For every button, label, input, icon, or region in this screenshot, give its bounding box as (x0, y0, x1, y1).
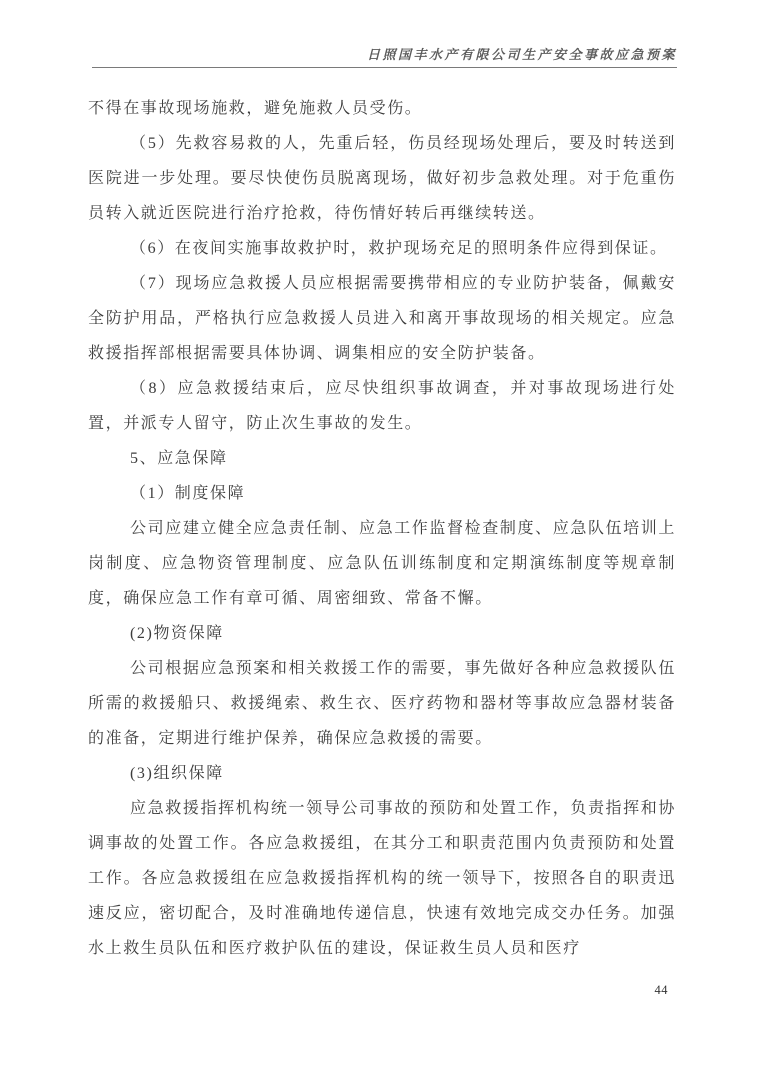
paragraph-material-guarantee: 公司根据应急预案和相关救援工作的需要，事先做好各种应急救援队伍所需的救援船只、救… (88, 651, 676, 756)
sub-heading-3: (3)组织保障 (88, 756, 676, 791)
section-heading-5: 5、应急保障 (88, 441, 676, 476)
paragraph-item-5: （5）先救容易救的人，先重后轻，伤员经现场处理后，要及时转送到医院进一步处理。要… (88, 126, 676, 231)
document-page: 日照国丰水产有限公司生产安全事故应急预案 不得在事故现场施救，避免施救人员受伤。… (0, 0, 762, 1080)
document-body: 不得在事故现场施救，避免施救人员受伤。 （5）先救容易救的人，先重后轻，伤员经现… (88, 91, 676, 966)
paragraph-continuation: 不得在事故现场施救，避免施救人员受伤。 (88, 91, 676, 126)
page-footer: 44 (655, 983, 669, 998)
page-number: 44 (655, 983, 669, 997)
sub-heading-2: (2)物资保障 (88, 616, 676, 651)
paragraph-organizational-guarantee: 应急救援指挥机构统一领导公司事故的预防和处置工作，负责指挥和协调事故的处置工作。… (88, 791, 676, 966)
paragraph-item-8: （8）应急救援结束后，应尽快组织事故调查，并对事故现场进行处置，并派专人留守，防… (88, 371, 676, 441)
paragraph-institutional-guarantee: 公司应建立健全应急责任制、应急工作监督检查制度、应急队伍培训上岗制度、应急物资管… (88, 511, 676, 616)
page-header: 日照国丰水产有限公司生产安全事故应急预案 (92, 44, 677, 68)
sub-heading-1: （1）制度保障 (88, 476, 676, 511)
header-title: 日照国丰水产有限公司生产安全事故应急预案 (367, 47, 677, 62)
paragraph-item-7: （7）现场应急救援人员应根据需要携带相应的专业防护装备，佩戴安全防护用品，严格执… (88, 266, 676, 371)
paragraph-item-6: （6）在夜间实施事故救护时，救护现场充足的照明条件应得到保证。 (88, 231, 676, 266)
